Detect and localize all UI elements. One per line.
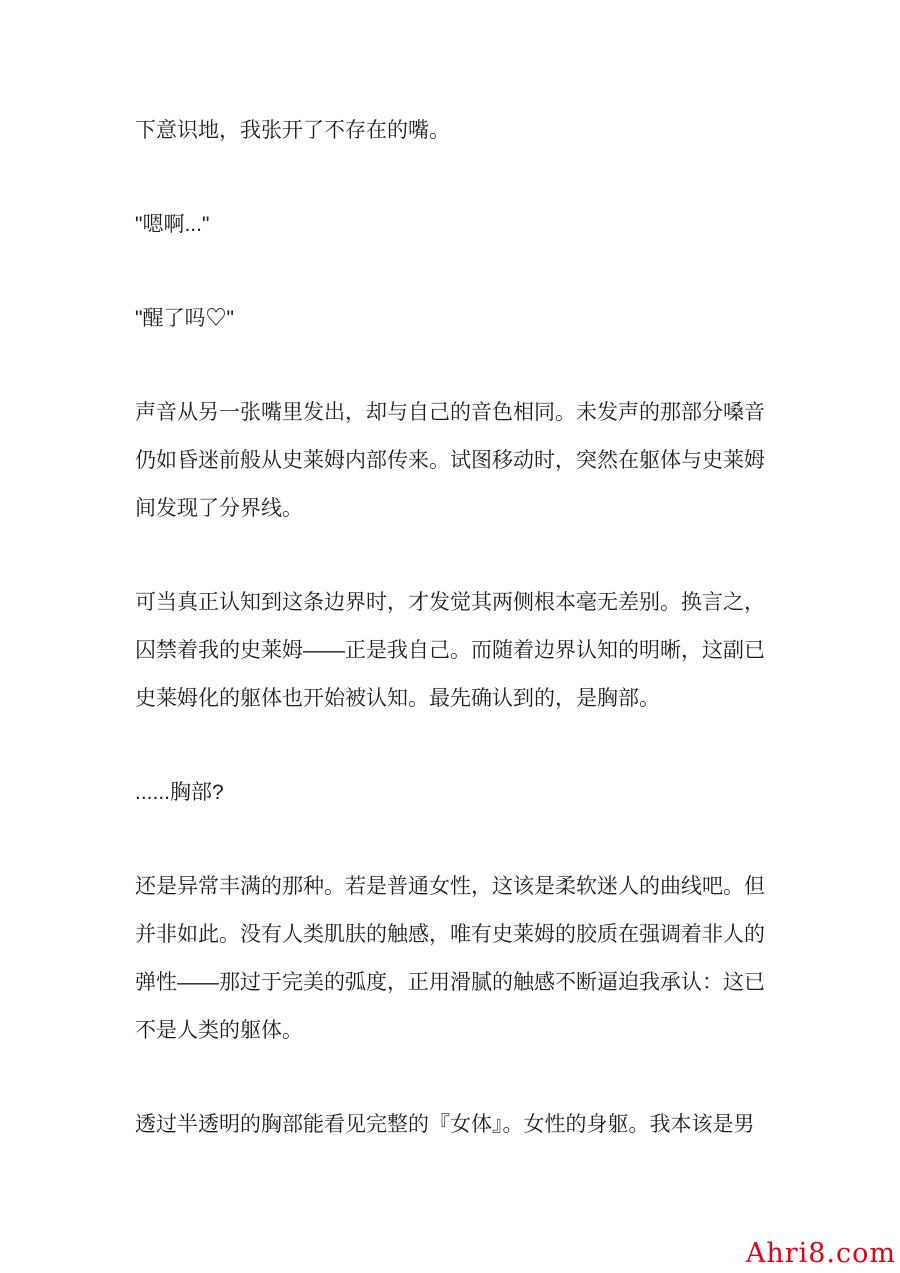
text-line: 弹性——那过于完美的弧度，正用滑腻的触感不断逼迫我承认：这已 <box>135 959 780 1007</box>
site-watermark: Ahri8.com <box>746 1240 896 1267</box>
text-line: ......胸部? <box>135 769 780 817</box>
paragraph: 下意识地，我张开了不存在的嘴。 <box>135 107 780 155</box>
paragraph: 声音从另一张嘴里发出，却与自己的音色相同。未发声的那部分嗓音 仍如昏迷前般从史莱… <box>135 389 780 533</box>
text-line: "嗯啊..." <box>135 201 780 249</box>
text-line: 史莱姆化的躯体也开始被认知。最先确认到的，是胸部。 <box>135 675 780 723</box>
text-line: 透过半透明的胸部能看见完整的『女体』。女性的身躯。我本该是男 <box>135 1101 780 1149</box>
text-line: 不是人类的躯体。 <box>135 1007 780 1055</box>
text-line: 间发现了分界线。 <box>135 485 780 533</box>
document-page: 下意识地，我张开了不存在的嘴。 "嗯啊..." "醒了吗♡" 声音从另一张嘴里发… <box>0 0 900 1273</box>
paragraph: "嗯啊..." <box>135 201 780 249</box>
text-line: 下意识地，我张开了不存在的嘴。 <box>135 107 780 155</box>
story-text-block: 下意识地，我张开了不存在的嘴。 "嗯啊..." "醒了吗♡" 声音从另一张嘴里发… <box>135 107 780 1195</box>
text-line: 仍如昏迷前般从史莱姆内部传来。试图移动时，突然在躯体与史莱姆 <box>135 437 780 485</box>
text-line: 可当真正认知到这条边界时，才发觉其两侧根本毫无差别。换言之， <box>135 579 780 627</box>
text-line: 并非如此。没有人类肌肤的触感，唯有史莱姆的胶质在强调着非人的 <box>135 911 780 959</box>
text-line: 还是异常丰满的那种。若是普通女性，这该是柔软迷人的曲线吧。但 <box>135 863 780 911</box>
paragraph: ......胸部? <box>135 769 780 817</box>
text-line: 囚禁着我的史莱姆——正是我自己。而随着边界认知的明晰，这副已 <box>135 627 780 675</box>
paragraph: "醒了吗♡" <box>135 295 780 343</box>
text-line: 声音从另一张嘴里发出，却与自己的音色相同。未发声的那部分嗓音 <box>135 389 780 437</box>
paragraph: 透过半透明的胸部能看见完整的『女体』。女性的身躯。我本该是男 <box>135 1101 780 1149</box>
paragraph: 可当真正认知到这条边界时，才发觉其两侧根本毫无差别。换言之， 囚禁着我的史莱姆—… <box>135 579 780 723</box>
text-line: "醒了吗♡" <box>135 295 780 343</box>
paragraph: 还是异常丰满的那种。若是普通女性，这该是柔软迷人的曲线吧。但 并非如此。没有人类… <box>135 863 780 1055</box>
